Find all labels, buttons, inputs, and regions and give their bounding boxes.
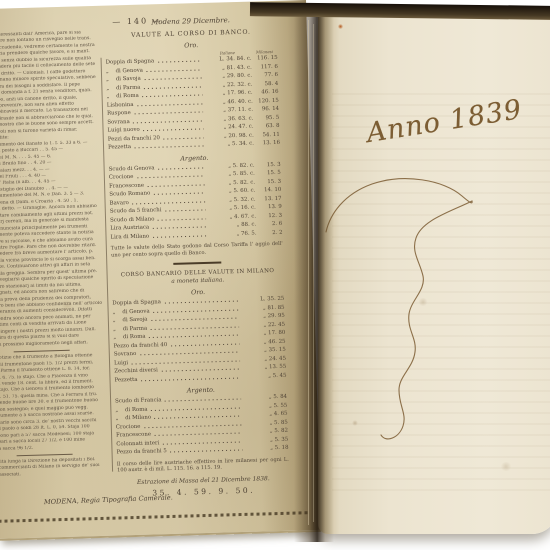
dot-leader: [156, 216, 206, 221]
dot-leader: [140, 376, 241, 383]
right-page: Anno 1839: [318, 14, 550, 534]
left-page: — 140 — gli interessanti dall' America, …: [0, 0, 321, 541]
handwritten-year: Anno 1839: [365, 94, 525, 149]
row-label: Pezzi da franchi 20: [108, 134, 160, 144]
dateline: Modena 29 Dicembre.: [104, 15, 276, 28]
value-lire: „ 5. 18: [244, 444, 288, 454]
row-label: Pezzetta: [114, 376, 137, 385]
table2-argento-rows: Scudo di Francia „ 5. 84 „ di Roma „ 5. …: [115, 393, 289, 457]
row-label: Pezzetta: [108, 143, 131, 152]
dot-leader: [152, 191, 205, 196]
tariff-note: Tutte le valute dello Stato godono dal C…: [111, 241, 283, 259]
dot-leader: [156, 59, 202, 64]
book-photo: { "colors": { "paper_left": "#d7caa6", "…: [0, 0, 550, 550]
value-milanesi: 13. 16: [254, 139, 280, 148]
dot-leader: [133, 144, 204, 150]
austrian-lire-note: Il corso delle lire austriache effettivo…: [117, 456, 289, 474]
table1-oro-rows: Doppia di Spagna L. 34. 84. c. 116. 15 „…: [106, 54, 281, 152]
dot-leader: [157, 165, 205, 170]
row-label: Lira di Milano: [110, 232, 149, 242]
table-title: VALUTE AL CORSO DI BANCO.: [105, 28, 277, 40]
news-divider-rule: [14, 350, 70, 353]
news-column: gli interessanti dall' America, pare si …: [0, 30, 109, 479]
page-edge-line: [308, 20, 309, 525]
table1-argento-rows: Scudo di Genova „ 5. 82. c. 15. 3 Crocio…: [109, 160, 283, 241]
dot-leader: [151, 233, 206, 239]
row-label: Pezzo da franchi 5: [116, 447, 166, 457]
news-block-market-report: gli interessanti dall' America, pare si …: [0, 30, 106, 349]
news-block-prices: notizie che il frumento a Bologna ottenn…: [0, 353, 108, 453]
news-divider-rule: [17, 454, 73, 457]
dot-leader: [163, 208, 206, 213]
dot-leader: [162, 135, 204, 140]
page-edge-line: [313, 24, 314, 522]
section-divider-rule: [173, 262, 221, 265]
value-milanesi: 2. 2: [256, 228, 282, 237]
value-italiane: „ 76. 5.: [208, 229, 256, 239]
dot-leader: [151, 225, 206, 231]
currency-column: Modena 29 Dicembre. VALUTE AL CORSO DI B…: [104, 13, 289, 498]
table2-oro-rows: Doppia di Spagna L. 35. 25 „ di Genova „…: [112, 295, 286, 385]
value-lire: „ 5. 45: [242, 371, 286, 381]
value-italiane: „ 5. 34. c.: [206, 140, 254, 150]
news-block-notice: lità lunga la Direzione ha depositati i …: [0, 457, 109, 479]
printer-footer: MODENA, Regia Tipografia Camerale.: [6, 492, 211, 508]
row-label: Scudo Romano: [109, 189, 150, 199]
dot-leader: [169, 448, 243, 454]
row-label: Sovrano: [114, 350, 137, 359]
ink-flourish: [322, 164, 498, 460]
ornament-border: [0, 511, 310, 523]
row-label: Pezzo da franchi 40: [113, 341, 167, 351]
